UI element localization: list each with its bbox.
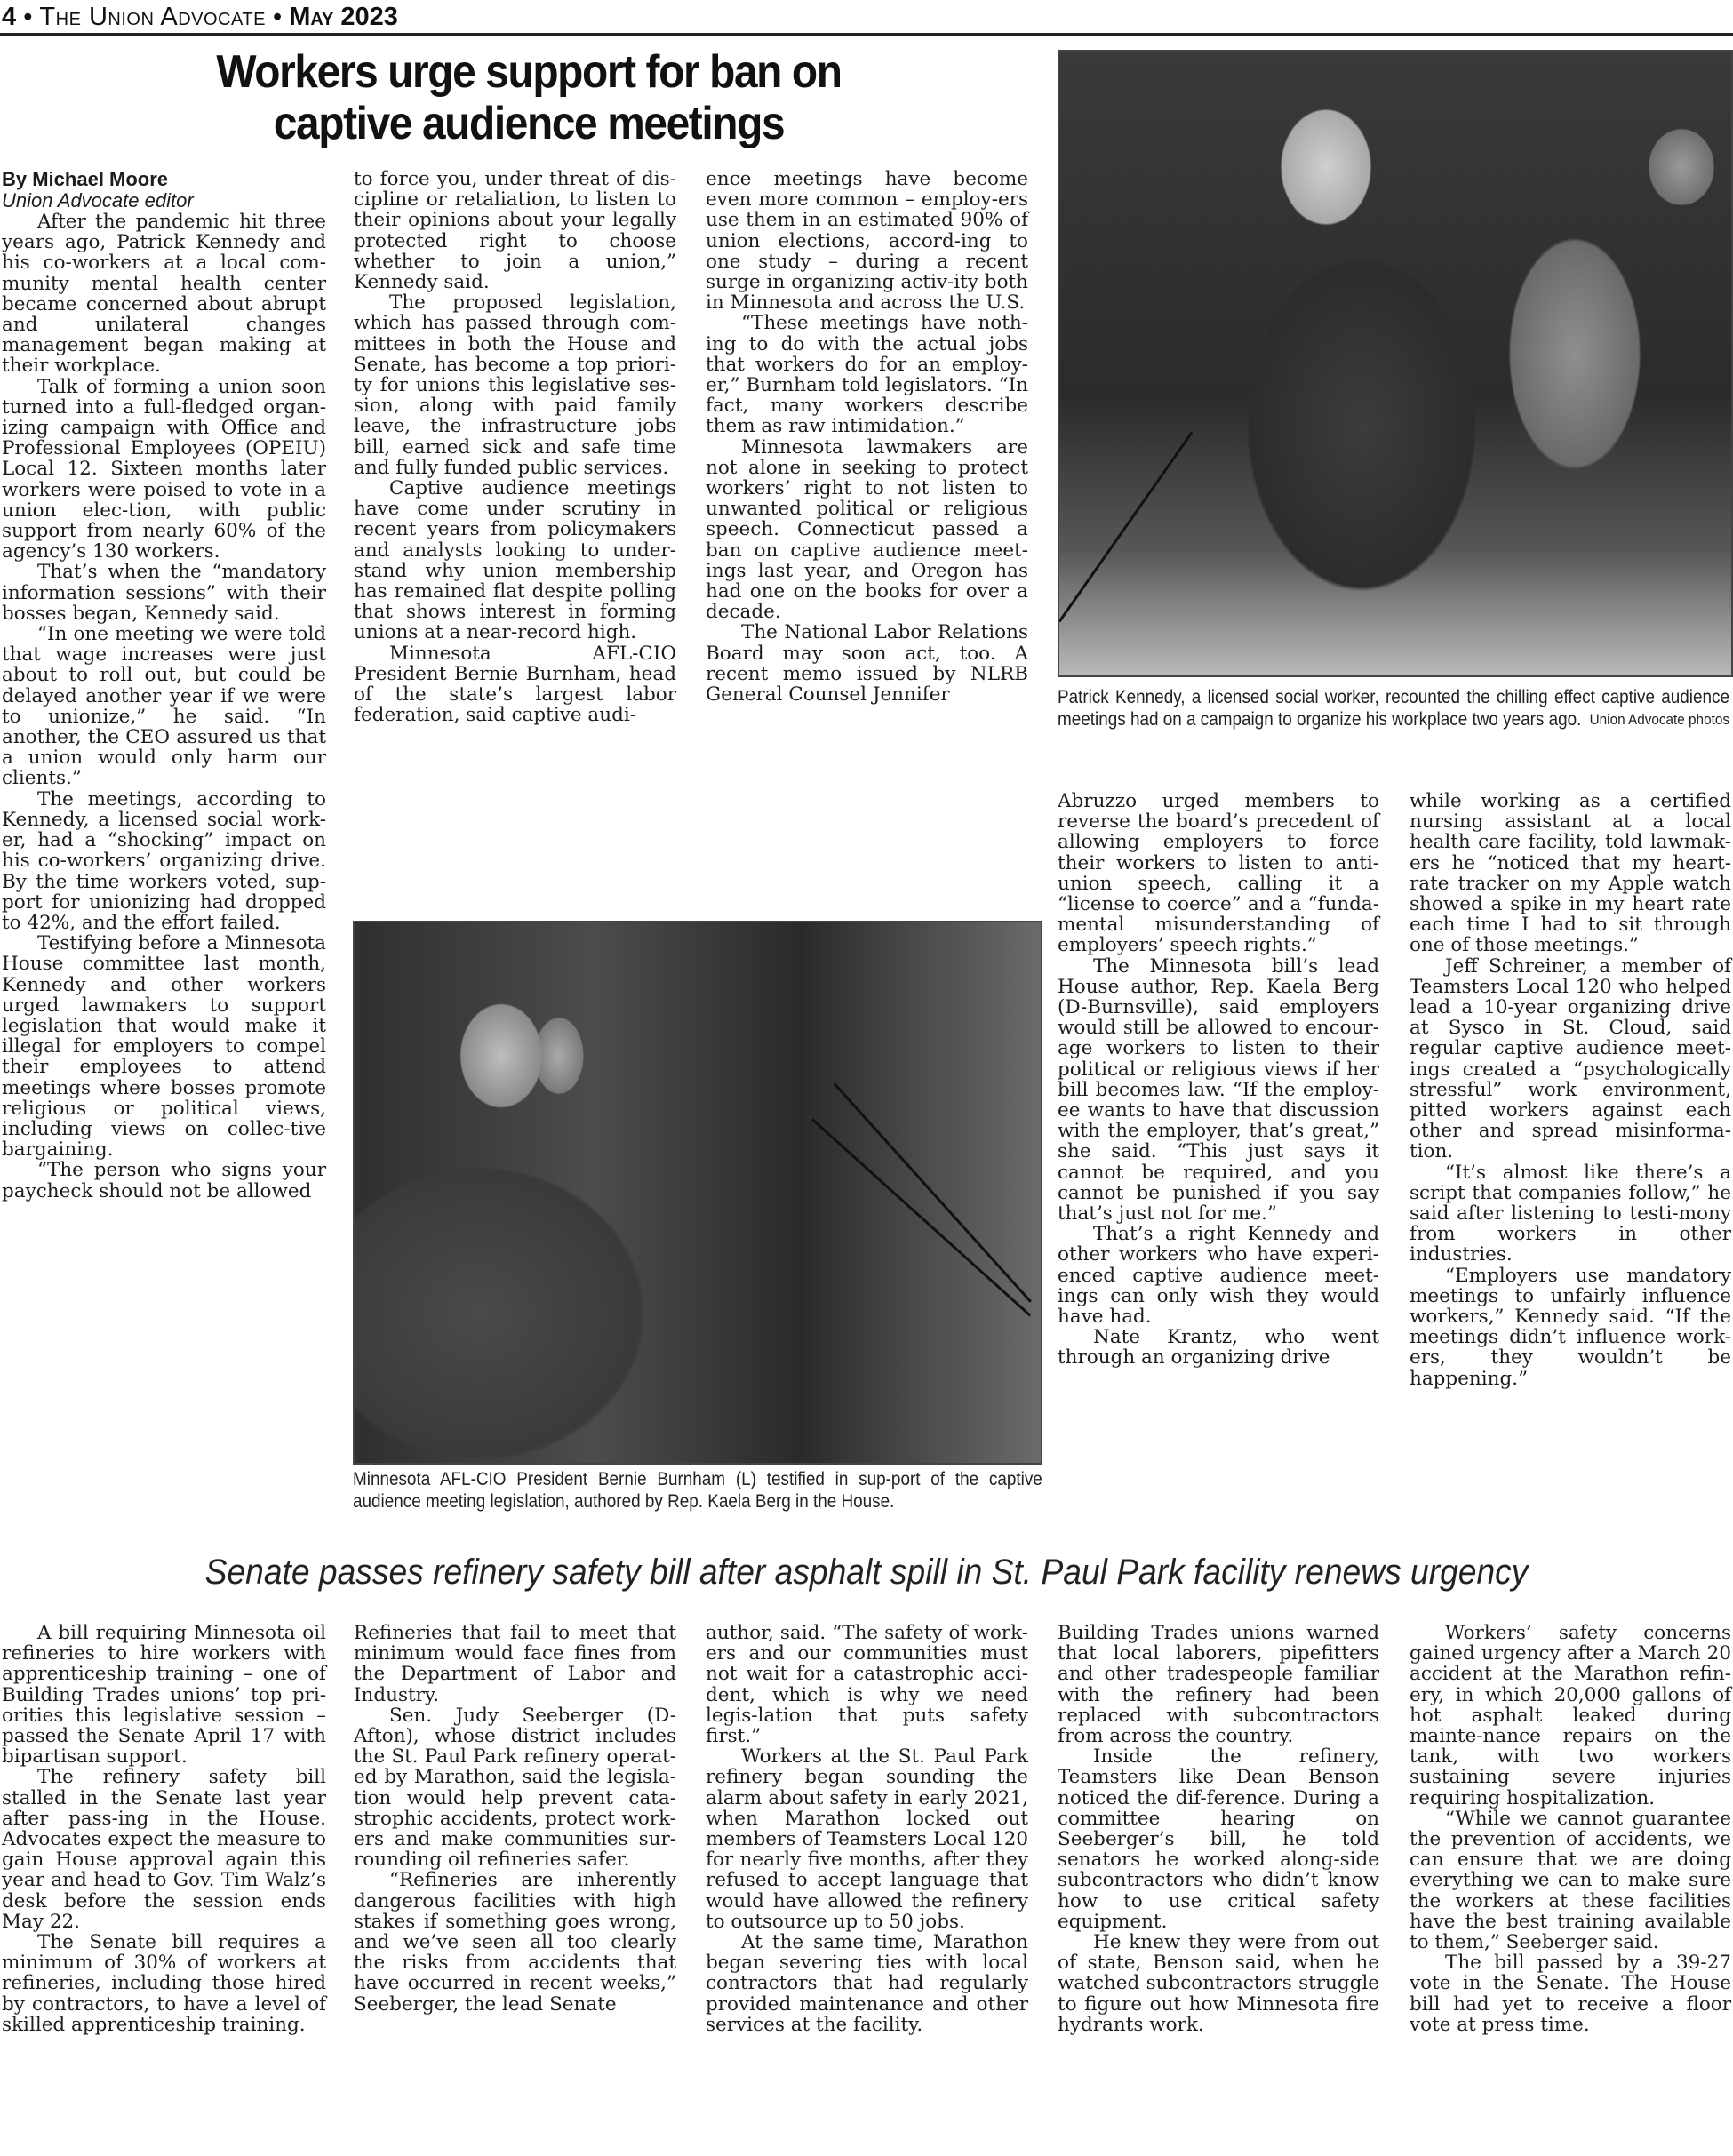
story1-column-4: Abruzzo urged members to reverse the boa…: [1058, 791, 1379, 1369]
paragraph: That’s a right Kennedy and other workers…: [1058, 1224, 1379, 1327]
paragraph: Jeff Schreiner, a member of Teamsters Lo…: [1410, 956, 1731, 1162]
paragraph: Minnesota lawmakers are not alone in see…: [706, 437, 1028, 623]
paragraph: “While we cannot guarantee the preventio…: [1410, 1809, 1731, 1952]
paragraph: After the pandemic hit three years ago, …: [2, 212, 326, 377]
photo-bernie-burnham-testifying: [353, 921, 1042, 1465]
paragraph: Talk of forming a union soon turned into…: [2, 377, 326, 563]
byline-title: Union Advocate editor: [2, 190, 326, 212]
paragraph: to force you, under threat of dis-ciplin…: [354, 169, 676, 292]
paragraph: The Senate bill requires a minimum of 30…: [2, 1932, 326, 2035]
paragraph: The bill passed by a 39-27 vote in the S…: [1410, 1952, 1731, 2035]
story1-column-1: By Michael Moore Union Advocate editor A…: [2, 169, 326, 1202]
paragraph: Workers at the St. Paul Park refinery be…: [706, 1746, 1028, 1932]
paragraph: author, said. “The safety of work-ers an…: [706, 1623, 1028, 1746]
microphone-icon: [1058, 432, 1194, 623]
story1-column-2: to force you, under threat of dis-ciplin…: [354, 169, 676, 725]
paragraph: Building Trades unions warned that local…: [1058, 1623, 1379, 1746]
paragraph: “Employers use mandatory meetings to unf…: [1410, 1266, 1731, 1389]
paragraph: Refineries that fail to meet that minimu…: [354, 1623, 676, 1705]
paragraph: Testifying before a Minnesota House comm…: [2, 933, 326, 1160]
paragraph: Minnesota AFL-CIO President Bernie Burnh…: [354, 643, 676, 726]
paragraph: Nate Krantz, who went through an organiz…: [1058, 1327, 1379, 1368]
paragraph: That’s when the “mandatory information s…: [2, 562, 326, 624]
photo2-caption: Minnesota AFL-CIO President Bernie Burnh…: [353, 1468, 1042, 1513]
paragraph: Captive audience meetings have come unde…: [354, 478, 676, 643]
microphone-icon: [834, 1082, 1032, 1302]
headline-line: captive audience meetings: [202, 98, 856, 149]
paragraph: Workers’ safety concerns gained urgency …: [1410, 1623, 1731, 1809]
paragraph: while working as a certified nursing ass…: [1410, 791, 1731, 956]
paragraph: He knew they were from out of state, Ben…: [1058, 1932, 1379, 2035]
story2-column-1: A bill requiring Minnesota oil refinerie…: [2, 1623, 326, 2035]
story1-column-3: ence meetings have become even more comm…: [706, 169, 1028, 705]
story1-column-5: while working as a certified nursing ass…: [1410, 791, 1731, 1389]
paragraph: At the same time, Marathon began severin…: [706, 1932, 1028, 2035]
paragraph: ence meetings have become even more comm…: [706, 169, 1028, 313]
paragraph: “These meetings have noth-ing to do with…: [706, 313, 1028, 436]
paragraph: The refinery safety bill stalled in the …: [2, 1767, 326, 1932]
story2-headline: Senate passes refinery safety bill after…: [60, 1552, 1673, 1593]
paragraph: “It’s almost like there’s a script that …: [1410, 1162, 1731, 1266]
paragraph: “The person who signs your paycheck shou…: [2, 1160, 326, 1201]
paragraph: The National Labor Relations Board may s…: [706, 622, 1028, 705]
photo1-caption: Patrick Kennedy, a licensed social worke…: [1058, 686, 1729, 731]
folio-separator: •: [23, 3, 32, 31]
caption-text: Minnesota AFL-CIO President Bernie Burnh…: [353, 1469, 1042, 1512]
story2-column-3: author, said. “The safety of work-ers an…: [706, 1623, 1028, 2035]
paragraph: Sen. Judy Seeberger (D-Afton), whose dis…: [354, 1705, 676, 1871]
story2-column-5: Workers’ safety concerns gained urgency …: [1410, 1623, 1731, 2035]
photo-patrick-kennedy-testifying: [1058, 50, 1733, 677]
paragraph: The proposed legislation, which has pass…: [354, 292, 676, 478]
publication-name: The Union Advocate: [39, 3, 266, 31]
paragraph: Inside the refinery, Teamsters like Dean…: [1058, 1746, 1379, 1932]
paragraph: “Refineries are inherently dangerous fac…: [354, 1870, 676, 2014]
page-folio: 4 • The Union Advocate • May 2023: [0, 0, 1733, 36]
paragraph: The Minnesota bill’s lead House author, …: [1058, 956, 1379, 1225]
story2-column-2: Refineries that fail to meet that minimu…: [354, 1623, 676, 2015]
photo-credit: Union Advocate photos: [1590, 708, 1729, 731]
issue-date: May 2023: [289, 3, 398, 31]
page-number: 4: [2, 3, 16, 31]
story1-headline: Workers urge support for ban on captive …: [202, 46, 856, 149]
folio-separator: •: [273, 3, 282, 31]
microphone-icon: [811, 1118, 1031, 1316]
paragraph: A bill requiring Minnesota oil refinerie…: [2, 1623, 326, 1767]
byline: By Michael Moore: [2, 169, 326, 190]
paragraph: The meetings, according to Kennedy, a li…: [2, 789, 326, 933]
headline-line: Workers urge support for ban on: [202, 46, 856, 98]
paragraph: Abruzzo urged members to reverse the boa…: [1058, 791, 1379, 956]
paragraph: “In one meeting we were told that wage i…: [2, 624, 326, 789]
story2-column-4: Building Trades unions warned that local…: [1058, 1623, 1379, 2035]
